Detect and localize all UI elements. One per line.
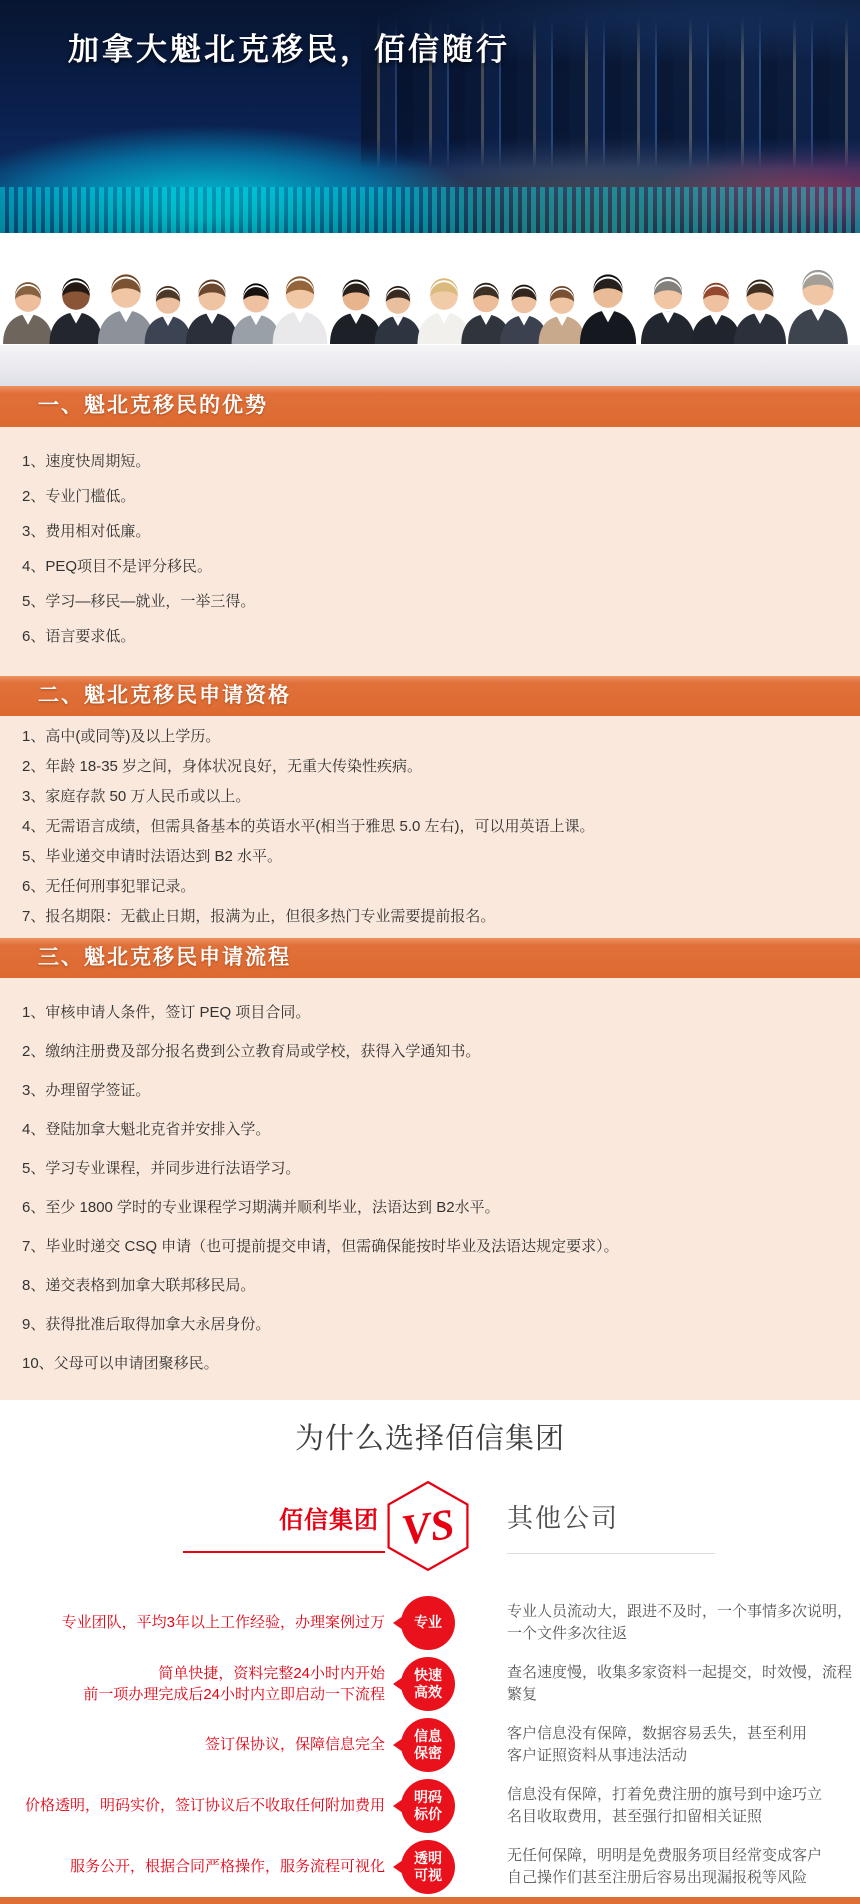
list-item: 3、家庭存款 50 万人民币或以上。 — [22, 786, 846, 808]
left-brand-label: 佰信集团 — [183, 1500, 385, 1553]
section-eligibility-header: 二、魁北克移民申请资格 — [0, 676, 860, 716]
list-item: 2、年龄 18-35 岁之间，身体状况良好，无重大传染性疾病。 — [22, 756, 846, 778]
section-advantages-list: 1、速度快周期短。 2、专业门槛低。 3、费用相对低廉。 4、PEQ项目不是评分… — [0, 427, 860, 676]
comparison-row: 价格透明，明码实价，签订协议后不收取任何附加费用 明码 标价 信息没有保障，打着… — [0, 1775, 860, 1836]
comparison-title: 为什么选择佰信集团 — [0, 1400, 860, 1460]
our-advantage-text: 服务公开，根据合同严格操作，服务流程可视化 — [0, 1856, 385, 1877]
competitor-flaw-text: 查名速度慢，收集多家资料一起提交，时效慢，流程繁复 — [471, 1662, 860, 1706]
list-item: 2、缴纳注册费及部分报名费到公立教育局或学校，获得入学通知书。 — [22, 1041, 846, 1063]
competitor-flaw-text: 专业人员流动大，跟进不及时，一个事情多次说明， 一个文件多次往返 — [471, 1601, 860, 1645]
list-item: 5、学习—移民—就业，一举三得。 — [22, 591, 846, 613]
competitor-flaw-text: 无任何保障，明明是免费服务项目经常变成客户 自己操作们甚至注册后容易出现漏报税等… — [471, 1845, 860, 1889]
list-item: 7、毕业时递交 CSQ 申请（也可提前提交申请，但需确保能按时毕业及法语达规定要… — [22, 1236, 846, 1258]
banner-title: 加拿大魁北克移民，佰信随行 — [68, 24, 510, 69]
our-advantage-text: 简单快捷，资料完整24小时内开始 前一项办理完成后24小时内立即启动一下流程 — [0, 1663, 385, 1705]
vs-label: VS — [399, 1501, 458, 1555]
comparison-row: 简单快捷，资料完整24小时内开始 前一项办理完成后24小时内立即启动一下流程 快… — [0, 1653, 860, 1714]
section-advantages-header: 一、魁北克移民的优势 — [0, 386, 860, 427]
list-item: 2、专业门槛低。 — [22, 486, 846, 508]
list-item: 1、审核申请人条件，签订 PEQ 项目合同。 — [22, 1002, 846, 1024]
comparison-section: 为什么选择佰信集团 佰信集团 VS 其他公司 专业团队，平均3年以上工作经验，办… — [0, 1400, 860, 1904]
comparison-row: 专业团队，平均3年以上工作经验，办理案例过万 专业 专业人员流动大，跟进不及时，… — [0, 1592, 860, 1653]
list-item: 3、办理留学签证。 — [22, 1080, 846, 1102]
section-process-header: 三、魁北克移民申请流程 — [0, 938, 860, 978]
page: 加拿大魁北克移民，佰信随行 — [0, 0, 860, 1904]
list-item: 1、速度快周期短。 — [22, 451, 846, 473]
vs-hexagon-icon: VS — [385, 1474, 471, 1578]
list-item: 5、毕业递交申请时法语达到 B2 水平。 — [22, 846, 846, 868]
list-item: 6、至少 1800 学时的专业课程学习期满并顺利毕业，法语达到 B2水平。 — [22, 1197, 846, 1219]
vs-header-row: 佰信集团 VS 其他公司 — [0, 1460, 860, 1592]
team-photo-strip — [0, 233, 860, 386]
right-brand-cell: 其他公司 — [471, 1498, 860, 1554]
list-item: 3、费用相对低廉。 — [22, 521, 846, 543]
left-brand-cell: 佰信集团 — [0, 1500, 385, 1553]
category-badge: 明码 标价 — [401, 1779, 455, 1833]
our-advantage-text: 价格透明，明码实价，签订协议后不收取任何附加费用 — [0, 1795, 385, 1816]
competitor-flaw-text: 客户信息没有保障，数据容易丢失，甚至利用 客户证照资料从事违法活动 — [471, 1723, 860, 1767]
list-item: 7、报名期限：无截止日期，报满为止，但很多热门专业需要提前报名。 — [22, 906, 846, 928]
category-badge: 透明 可视 — [401, 1840, 455, 1894]
list-item: 5、学习专业课程，并同步进行法语学习。 — [22, 1158, 846, 1180]
list-item: 6、无任何刑事犯罪记录。 — [22, 876, 846, 898]
vs-badge: VS — [385, 1474, 471, 1578]
hero-banner: 加拿大魁北克移民，佰信随行 — [0, 0, 860, 233]
list-item: 4、登陆加拿大魁北克省并安排入学。 — [22, 1119, 846, 1141]
list-item: 8、递交表格到加拿大联邦移民局。 — [22, 1275, 846, 1297]
category-badge: 专业 — [401, 1596, 455, 1650]
competitor-flaw-text: 信息没有保障，打着免费注册的旗号到中途巧立 名目收取费用，甚至强行扣留相关证照 — [471, 1784, 860, 1828]
right-brand-label: 其他公司 — [507, 1498, 715, 1554]
whiteboard-panel — [0, 345, 860, 386]
list-item: 9、获得批准后取得加拿大永居身份。 — [22, 1314, 846, 1336]
list-item: 10、父母可以申请团聚移民。 — [22, 1353, 846, 1375]
list-item: 1、高中(或同等)及以上学历。 — [22, 726, 846, 748]
comparison-row: 服务公开，根据合同严格操作，服务流程可视化 透明 可视 无任何保障，明明是免费服… — [0, 1836, 860, 1897]
section-eligibility-list: 1、高中(或同等)及以上学历。 2、年龄 18-35 岁之间，身体状况良好，无重… — [0, 716, 860, 938]
list-item: 6、语言要求低。 — [22, 626, 846, 648]
list-item: 4、PEQ项目不是评分移民。 — [22, 556, 846, 578]
team-photo — [0, 236, 860, 348]
bottom-orange-bar — [0, 1897, 860, 1904]
category-badge: 信息 保密 — [401, 1718, 455, 1772]
our-advantage-text: 专业团队，平均3年以上工作经验，办理案例过万 — [0, 1612, 385, 1633]
category-badge: 快速 高效 — [401, 1657, 455, 1711]
list-item: 4、无需语言成绩，但需具备基本的英语水平(相当于雅思 5.0 左右)，可以用英语… — [22, 816, 846, 838]
comparison-row: 签订保协议，保障信息完全 信息 保密 客户信息没有保障，数据容易丢失，甚至利用 … — [0, 1714, 860, 1775]
section-process-list: 1、审核申请人条件，签订 PEQ 项目合同。 2、缴纳注册费及部分报名费到公立教… — [0, 978, 860, 1400]
our-advantage-text: 签订保协议，保障信息完全 — [0, 1734, 385, 1755]
